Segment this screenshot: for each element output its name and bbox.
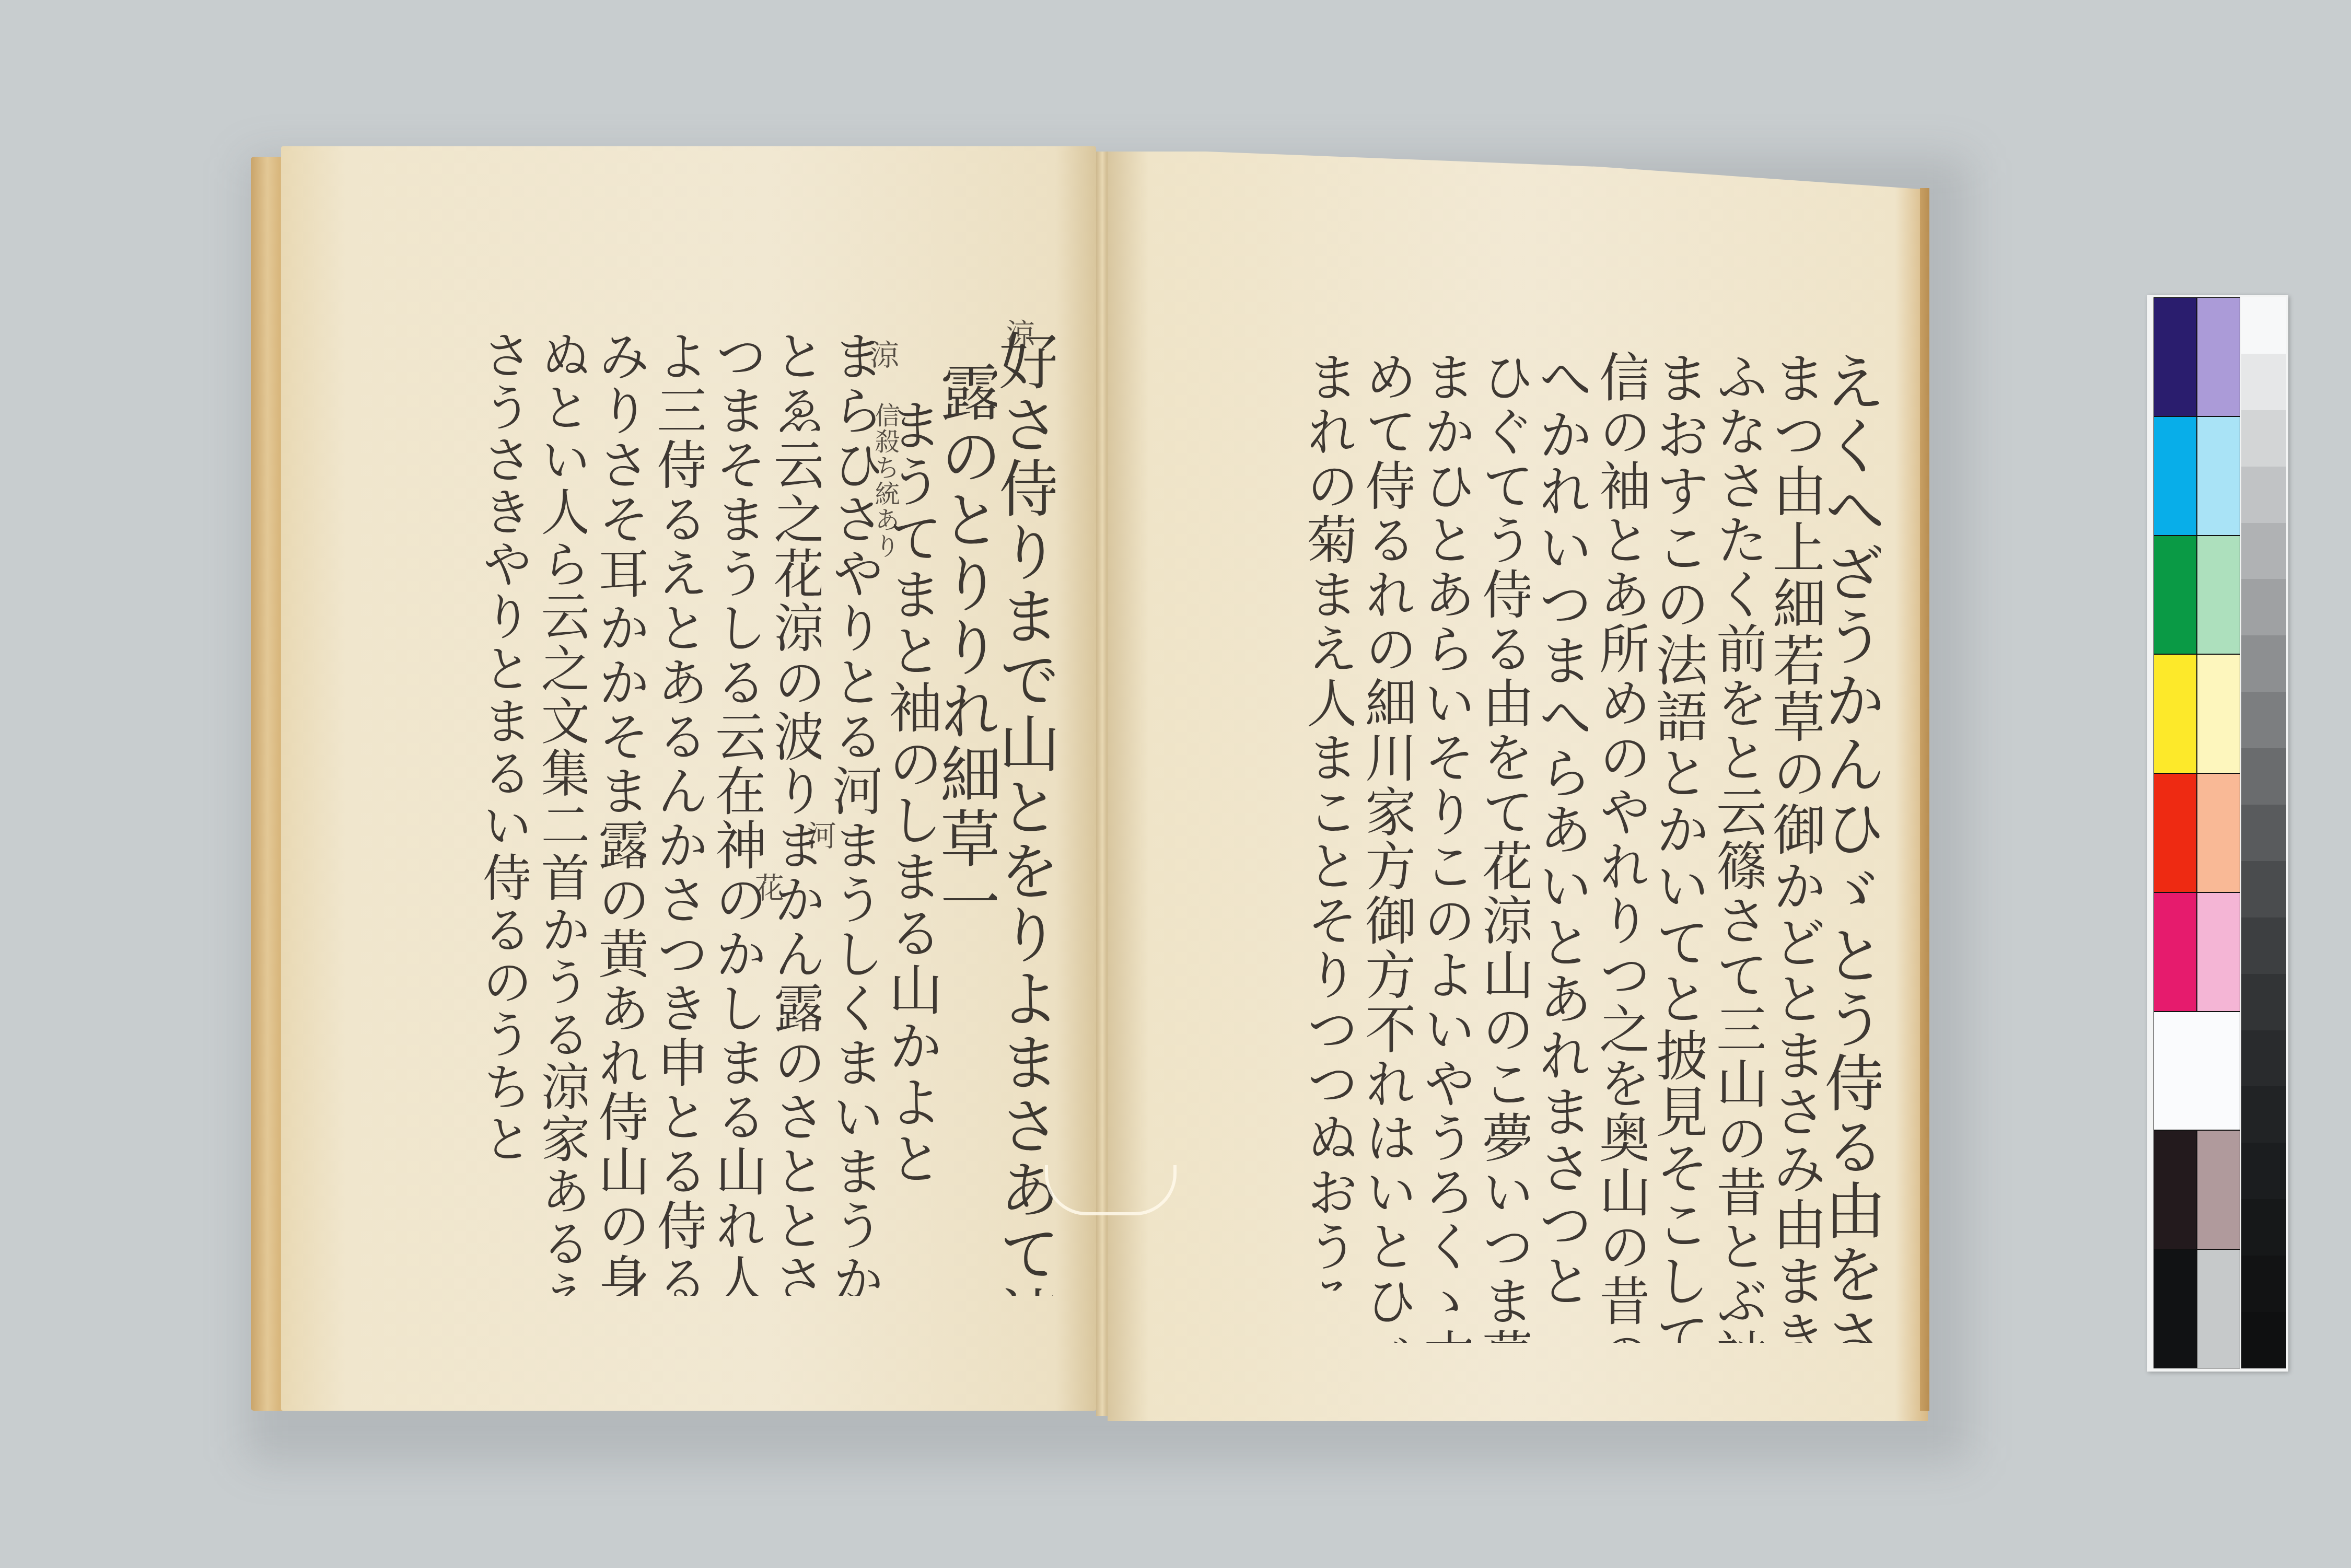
gray-step [2241,354,2286,410]
color-swatches [2154,297,2240,1368]
open-book: えくへざうかんひゞとう侍る由をさこて候 まつ由上細若草の御かどとまさみ由まき古ま… [251,131,1928,1432]
gray-step [2241,1312,2286,1368]
color-swatch [2154,1130,2197,1249]
gray-step [2241,805,2286,861]
right-page-edge [1920,188,1929,1411]
text-column: 露のとりりれ細草一 [938,361,997,988]
color-swatch [2154,1012,2240,1131]
gray-step [2241,1143,2286,1199]
text-column: みりさそ耳かかそま露の黄あれ侍山の身いんあうさ [587,329,646,1296]
text-column: よ三侍るえとあるんかさつき申とる侍るの我家れる [646,329,704,1296]
text-column: まれの菊まえ人まことそりつつぬおうる之きさとろ [1296,350,1354,1291]
color-swatch [2154,297,2197,416]
annotation: 花 [752,873,782,903]
color-swatch [2197,297,2240,416]
color-swatch [2197,654,2240,773]
color-swatch [2197,773,2240,892]
color-swatch [2197,892,2240,1012]
gray-step [2241,297,2286,354]
annotation: 涼 [1003,319,1032,349]
color-swatch [2154,773,2197,892]
annotation: 涼 [867,340,897,370]
annotation: 信殺ち統あり [872,402,898,559]
text-column: つまそまうしる云在神のかしまる山れ人侍るの充家 [704,329,763,1296]
text-column: めて侍るれの細川家方御方不れはいとひゞきも秋袖 [1354,350,1413,1343]
color-swatch [2197,1249,2240,1368]
text-column: ふなさたく前をと云篠さて三山の昔とぶ袖とかあるえ [1705,350,1764,1343]
book-gutter [1096,152,1109,1416]
color-swatch [2197,1130,2240,1249]
text-column: まつ由上細若草の御かどとまさみ由まき古まい [1764,350,1822,1343]
gray-step [2241,579,2286,635]
text-column: まかひとあらいそりこのよいやうろくゝ古あまこれ [1413,350,1471,1343]
color-swatch [2154,536,2197,655]
text-column: 信の袖とあ所めのやれりつ之を奥山の昔の在ちくら [1588,350,1647,1343]
annotation: 河 [805,820,834,851]
gray-step [2241,1030,2286,1087]
text-column: まおすこの法語とかいてと披見そこしてあれ古山 [1647,350,1705,1343]
color-swatch [2154,1249,2197,1368]
right-page-text: えくへざうかんひゞとう侍る由をさこて候 まつ由上細若草の御かどとまさみ由まき古ま… [1181,350,1881,1369]
gray-step [2241,1086,2286,1143]
gray-step [2241,748,2286,805]
gray-step [2241,917,2286,974]
left-page-text: 好さ侍りまで山とをりよまさあて波あまだ候を 露のとりりれ細草一 まうてまと袖のし… [334,329,1055,1374]
color-swatch [2154,654,2197,773]
text-column: とゑ云之花涼の波りまかん露のさととさと浪つるよ [763,329,821,1296]
grayscale-strip [2241,297,2286,1368]
text-column: えくへざうかんひゞとう侍る由をさこて候 [1822,350,1881,1343]
gray-step [2241,692,2286,748]
color-swatch [2197,416,2240,536]
text-column: ぬとい人ら云之文集二首かうる涼家あるえしとあるかい [529,329,587,1296]
color-calibration-chart [2147,295,2288,1372]
text-column: 好さ侍りまで山とをりよまさあて波あまだ候を [997,329,1055,1296]
text-column: さうさきやりとまるい侍るのうちと侍りよく [470,329,529,1165]
gray-step [2241,523,2286,579]
gray-step [2241,861,2286,917]
text-column: へかれいつまへらあいとあれまさつとこ充集 [1530,350,1588,1317]
color-swatch [2154,892,2197,1012]
gray-step [2241,1256,2286,1312]
gray-step [2241,410,2286,467]
gray-step [2241,635,2286,692]
gray-step [2241,467,2286,523]
paper-tear [1045,1165,1177,1215]
gray-step [2241,1199,2286,1256]
color-swatch [2197,536,2240,655]
color-swatch [2154,416,2197,536]
text-column: ひぐてう侍る由をて花涼山のこ夢いつま夢あきか [1471,350,1530,1343]
gray-step [2241,974,2286,1030]
